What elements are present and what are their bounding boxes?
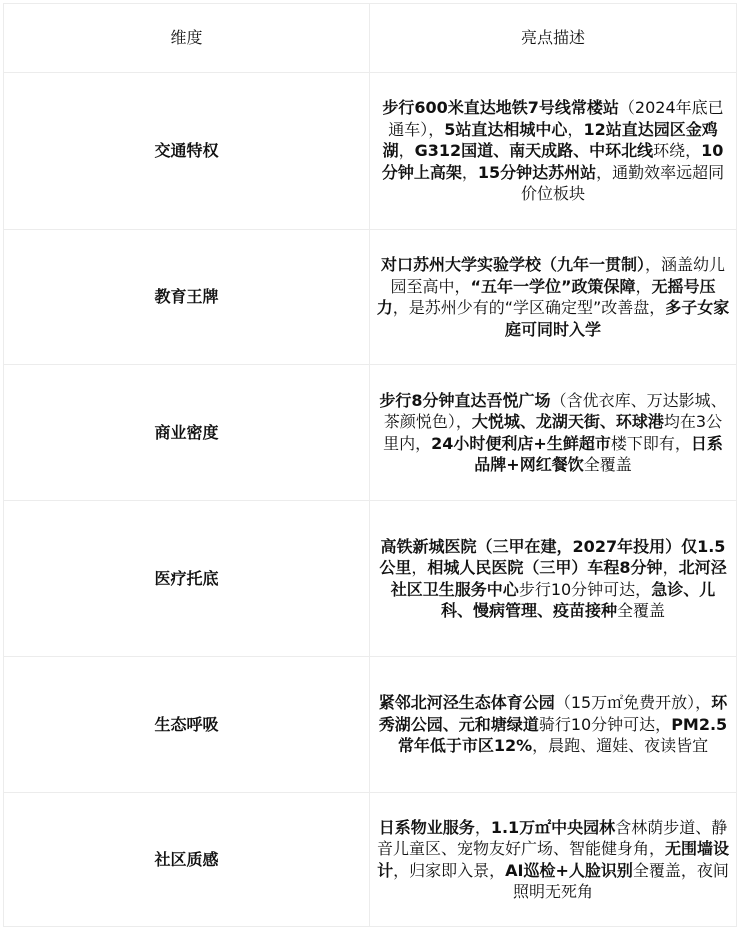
body-text: ， <box>663 558 679 577</box>
highlight-text: “五年一学位”政策保障 <box>470 277 635 296</box>
table-row: 商业密度 步行8分钟直达吾悦广场（含优衣库、万达影城、茶颜悦色），大悦城、龙湖天… <box>4 365 737 501</box>
header-row: 维度 亮点描述 <box>4 4 737 73</box>
dimension-cell: 教育王牌 <box>4 230 370 365</box>
body-text: 环绕， <box>653 141 701 160</box>
highlights-table: 维度 亮点描述 交通特权 步行600米直达地铁7号线常楼站（2024年底已通车）… <box>3 3 737 915</box>
description-cell: 步行8分钟直达吾悦广场（含优衣库、万达影城、茶颜悦色），大悦城、龙湖天街、环球港… <box>370 365 737 501</box>
body-text: 全覆盖 <box>617 601 665 620</box>
highlight-text: 相城人民医院（三甲）车程8分钟 <box>427 558 662 577</box>
description-cell: 对口苏州大学实验学校（九年一贯制），涵盖幼儿园至高中，“五年一学位”政策保障，无… <box>370 230 737 365</box>
body-text: 骑行10分钟可达， <box>539 715 671 734</box>
table-row: 社区质感 日系物业服务，1.1万㎡中央园林含林荫步道、静音儿童区、宠物友好广场、… <box>4 793 737 916</box>
description-cell: 日系物业服务，1.1万㎡中央园林含林荫步道、静音儿童区、宠物友好广场、智能健身角… <box>370 793 737 916</box>
dimension-cell: 社区质感 <box>4 793 370 916</box>
body-text: ， <box>475 818 491 837</box>
table-row: 医疗托底 高铁新城医院（三甲在建，2027年投用）仅1.5公里，相城人民医院（三… <box>4 501 737 657</box>
body-text: ， <box>399 141 415 160</box>
header-dimension: 维度 <box>4 4 370 73</box>
table-row: 交通特权 步行600米直达地铁7号线常楼站（2024年底已通车），5站直达相城中… <box>4 73 737 230</box>
body-text: （15万㎡免费开放）， <box>555 693 711 712</box>
header-description: 亮点描述 <box>370 4 737 73</box>
highlight-text: 紧邻北河泾生态体育公园 <box>379 693 555 712</box>
table-row: 生态呼吸 紧邻北河泾生态体育公园（15万㎡免费开放），环秀湖公园、元和塘绿道骑行… <box>4 657 737 793</box>
dimension-cell: 交通特权 <box>4 73 370 230</box>
highlight-text: 日系物业服务 <box>379 818 475 837</box>
description-cell: 紧邻北河泾生态体育公园（15万㎡免费开放），环秀湖公园、元和塘绿道骑行10分钟可… <box>370 657 737 793</box>
highlight-text: AI巡检+人脸识别 <box>505 861 633 880</box>
body-text: 楼下即有， <box>611 434 691 453</box>
highlight-text: G312国道、南天成路、中环北线 <box>415 141 654 160</box>
body-text: ， <box>567 120 583 139</box>
table-row: 教育王牌 对口苏州大学实验学校（九年一贯制），涵盖幼儿园至高中，“五年一学位”政… <box>4 230 737 365</box>
dimension-cell: 医疗托底 <box>4 501 370 657</box>
highlight-text: 24小时便利店+生鲜超市 <box>431 434 611 453</box>
highlight-text: 大悦城、龙湖天街、环球港 <box>472 412 664 431</box>
body-text: ， <box>636 277 652 296</box>
highlight-text: 对口苏州大学实验学校（九年一贯制） <box>381 255 645 274</box>
highlight-text: 1.1万㎡中央园林 <box>491 818 615 837</box>
highlight-text: 15分钟达苏州站 <box>478 163 596 182</box>
highlight-text: 5站直达相城中心 <box>444 120 567 139</box>
body-text: ，归家即入景， <box>393 861 505 880</box>
body-text: 全覆盖 <box>584 455 632 474</box>
description-cell: 高铁新城医院（三甲在建，2027年投用）仅1.5公里，相城人民医院（三甲）车程8… <box>370 501 737 657</box>
body-text: ， <box>411 558 427 577</box>
body-text: ，是苏州少有的“学区确定型”改善盘， <box>393 298 666 317</box>
body-text: ， <box>462 163 478 182</box>
body-text: 步行10分钟可达， <box>519 580 651 599</box>
highlight-text: 步行600米直达地铁7号线常楼站 <box>382 98 619 117</box>
dimension-cell: 生态呼吸 <box>4 657 370 793</box>
body-text: ，晨跑、遛娃、夜读皆宜 <box>532 736 708 755</box>
dimension-cell: 商业密度 <box>4 365 370 501</box>
highlight-text: 步行8分钟直达吾悦广场 <box>379 391 550 410</box>
description-cell: 步行600米直达地铁7号线常楼站（2024年底已通车），5站直达相城中心，12站… <box>370 73 737 230</box>
